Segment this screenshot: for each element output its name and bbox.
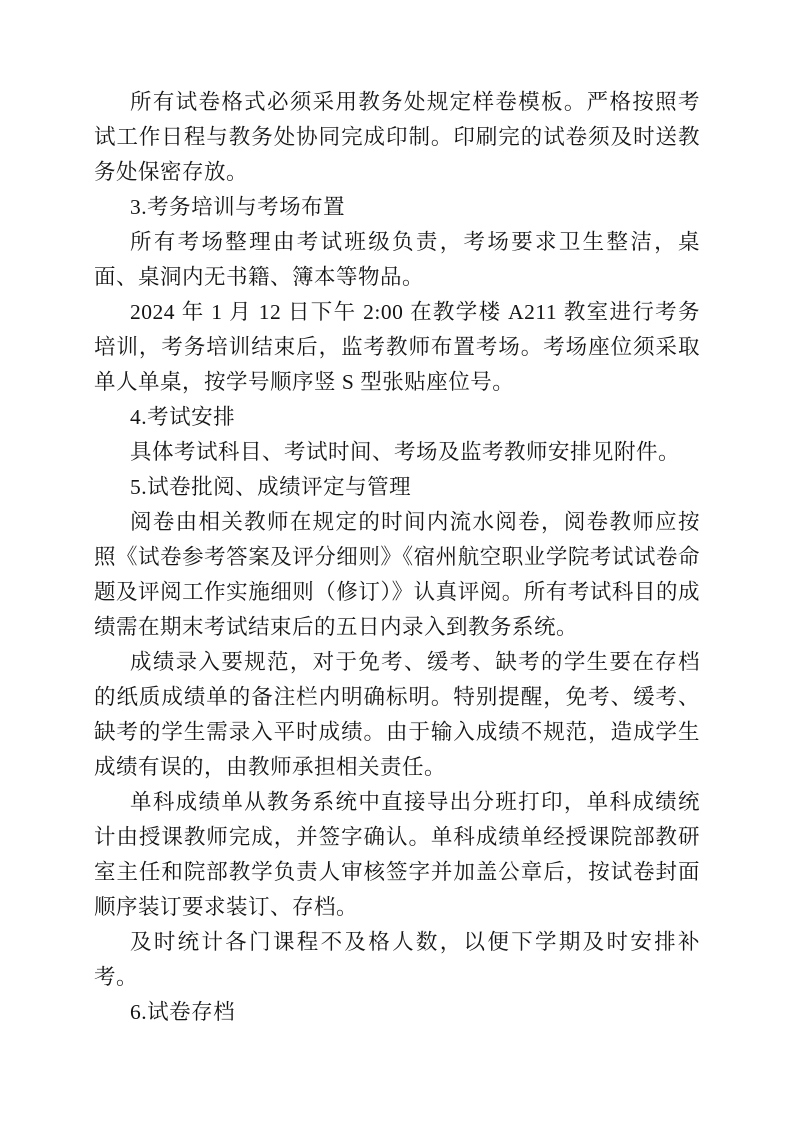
section-heading: 4.考试安排 [94,400,700,435]
paragraph: 所有试卷格式必须采用教务处规定样卷模板。严格按照考试工作日程与教务处协同完成印制… [94,85,700,190]
paragraph: 所有考场整理由考试班级负责，考场要求卫生整洁，桌面、桌洞内无书籍、簿本等物品。 [94,225,700,295]
paragraph: 2024 年 1 月 12 日下午 2:00 在教学楼 A211 教室进行考务培… [94,295,700,400]
paragraph: 及时统计各门课程不及格人数，以便下学期及时安排补考。 [94,925,700,995]
paragraph: 成绩录入要规范，对于免考、缓考、缺考的学生要在存档的纸质成绩单的备注栏内明确标明… [94,645,700,785]
paragraph: 阅卷由相关教师在规定的时间内流水阅卷，阅卷教师应按照《试卷参考答案及评分细则》《… [94,505,700,645]
section-heading: 3.考务培训与考场布置 [94,190,700,225]
document-body: 所有试卷格式必须采用教务处规定样卷模板。严格按照考试工作日程与教务处协同完成印制… [94,85,700,1030]
section-heading: 6.试卷存档 [94,995,700,1030]
document-page: 所有试卷格式必须采用教务处规定样卷模板。严格按照考试工作日程与教务处协同完成印制… [0,0,793,1122]
section-heading: 5.试卷批阅、成绩评定与管理 [94,470,700,505]
paragraph: 单科成绩单从教务系统中直接导出分班打印，单科成绩统计由授课教师完成，并签字确认。… [94,785,700,925]
paragraph: 具体考试科目、考试时间、考场及监考教师安排见附件。 [94,435,700,470]
